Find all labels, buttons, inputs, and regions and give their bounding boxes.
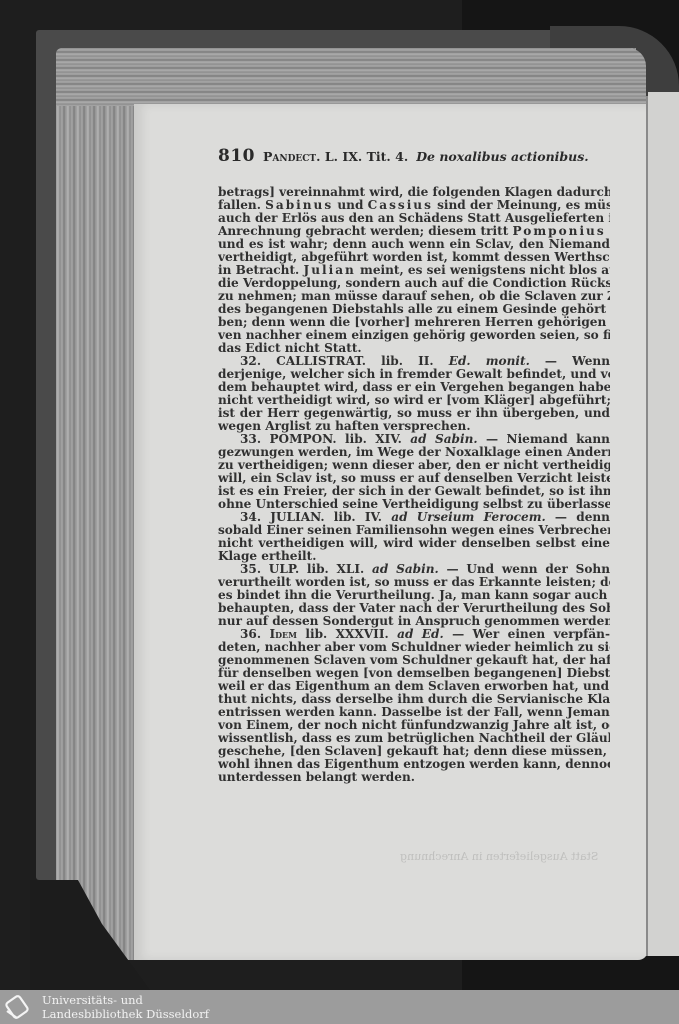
text-line: deten, nachher aber vom Schuldner wieder…	[218, 641, 610, 654]
author-name: Sabinus	[265, 199, 333, 212]
text-line: das Edict nicht Statt.	[218, 342, 610, 355]
text-line: sobald Einer seinen Familiensohn wegen e…	[218, 524, 610, 537]
page-number: 810	[218, 146, 255, 166]
text-line: und es ist wahr; denn auch wenn ein Scla…	[218, 238, 610, 251]
library-book-logo-icon	[0, 990, 34, 1024]
text-line: nur auf dessen Sondergut in Anspruch gen…	[218, 615, 610, 628]
text-line: Anrechnung gebracht werden; diesem tritt…	[218, 225, 610, 238]
text-line: ist der Herr gegenwärtig, so muss er ihn…	[218, 407, 610, 420]
text-line: vertheidigt, abgeführt worden ist, kommt…	[218, 251, 610, 264]
text-line: ben; denn wenn die [vorher] mehreren Her…	[218, 316, 610, 329]
text-line: gezwungen werden, im Wege der Noxalklage…	[218, 446, 610, 459]
text-line: will, ein Sclav ist, so muss er auf dens…	[218, 472, 610, 485]
text-line: des begangenen Diebstahls alle zu einem …	[218, 303, 610, 316]
library-footer: Universitäts- und Landesbibliothek Düsse…	[0, 990, 679, 1024]
body-text: betrags] vereinnahmt wird, die folgenden…	[218, 186, 610, 784]
text-line: entrissen werden kann. Dasselbe ist der …	[218, 706, 610, 719]
text-line: unterdessen belangt werden.	[218, 771, 610, 784]
text-line: dem behauptet wird, dass er ein Vergehen…	[218, 381, 610, 394]
author-name: Cassius	[368, 199, 433, 212]
text-line: ven nachher einem einzigen gehörig gewor…	[218, 329, 610, 342]
text-line: geschehe, [den Sclaven] gekauft hat; den…	[218, 745, 610, 758]
text-line: weil er das Eigenthum an dem Sclaven erw…	[218, 680, 610, 693]
author-name: Julian	[303, 264, 355, 277]
section-heading-35: 35. ULP. lib. XLI. ad Sabin. — Und wenn …	[218, 563, 610, 576]
running-title-subject: De noxalibus actionibus.	[416, 149, 588, 164]
running-title-ref: L. IX. Tit. 4.	[325, 149, 408, 164]
facing-page-edge	[648, 92, 679, 956]
text-line: thut nichts, dass derselbe ihm durch die…	[218, 693, 610, 706]
text-line: zu nehmen; man müsse darauf sehen, ob di…	[218, 290, 610, 303]
running-title-prefix: Pandect.	[263, 149, 321, 164]
text-line: nicht vertheidigen will, wird wider dens…	[218, 537, 610, 550]
text-line: derjenige, welcher sich in fremder Gewal…	[218, 368, 610, 381]
text-line: es bindet ihn die Verurtheilung. Ja, man…	[218, 589, 610, 602]
text-line: nicht vertheidigt wird, so wird er [vom …	[218, 394, 610, 407]
running-header: 810 Pandect. L. IX. Tit. 4. De noxalibus…	[218, 146, 610, 168]
library-name-line1: Universitäts- und	[42, 993, 209, 1007]
text-line: wegen Arglist zu haften versprechen.	[218, 420, 610, 433]
text-line: die Verdoppelung, sondern auch auf die C…	[218, 277, 610, 290]
text-line: ohne Unterschied seine Vertheidigung sel…	[218, 498, 610, 511]
text-line: genommenen Sclaven vom Schuldner gekauft…	[218, 654, 610, 667]
text-line: behaupten, dass der Vater nach der Verur…	[218, 602, 610, 615]
text-line: betrags] vereinnahmt wird, die folgenden…	[218, 186, 610, 199]
page-content: 810 Pandect. L. IX. Tit. 4. De noxalibus…	[218, 146, 610, 784]
text-line: ist es ein Freier, der sich in der Gewal…	[218, 485, 610, 498]
text-line: in Betracht. Julian meint, es sei wenigs…	[218, 264, 610, 277]
text-line: fallen. Sabinus und Cassius sind der Mei…	[218, 199, 610, 212]
text-line: von Einem, der noch nicht fünfundzwanzig…	[218, 719, 610, 732]
library-name-line2: Landesbibliothek Düsseldorf	[42, 1007, 209, 1021]
bleed-through-text: Statt Ausgelieferten in Anrechnung	[400, 850, 598, 863]
text-line: wissentlish, dass es zum betrüglichen Na…	[218, 732, 610, 745]
section-heading-33: 33. POMPON. lib. XIV. ad Sabin. — Nieman…	[218, 433, 610, 446]
text-line: zu vertheidigen; wenn dieser aber, den e…	[218, 459, 610, 472]
text-line: wohl ihnen das Eigenthum entzogen werden…	[218, 758, 610, 771]
text-line: für denselben wegen [von demselben began…	[218, 667, 610, 680]
text-line: verurtheilt worden ist, so muss er das E…	[218, 576, 610, 589]
text-line: Klage ertheilt.	[218, 550, 610, 563]
author-name: Pomponius	[513, 225, 606, 238]
scan-scene: 810 Pandect. L. IX. Tit. 4. De noxalibus…	[0, 0, 679, 990]
text-line: auch der Erlös aus den an Schädens Statt…	[218, 212, 610, 225]
page-gutter	[646, 96, 648, 956]
section-heading-34: 34. JULIAN. lib. IV. ad Urseium Ferocem.…	[218, 511, 610, 524]
running-title: Pandect. L. IX. Tit. 4.	[263, 149, 408, 164]
library-name: Universitäts- und Landesbibliothek Düsse…	[42, 993, 209, 1021]
section-heading-36: 36. Idem lib. XXXVII. ad Ed. — Wer einen…	[218, 628, 610, 641]
section-heading-32: 32. CALLISTRAT. lib. II. Ed. monit. — We…	[218, 355, 610, 368]
page-stack-top	[56, 48, 646, 106]
